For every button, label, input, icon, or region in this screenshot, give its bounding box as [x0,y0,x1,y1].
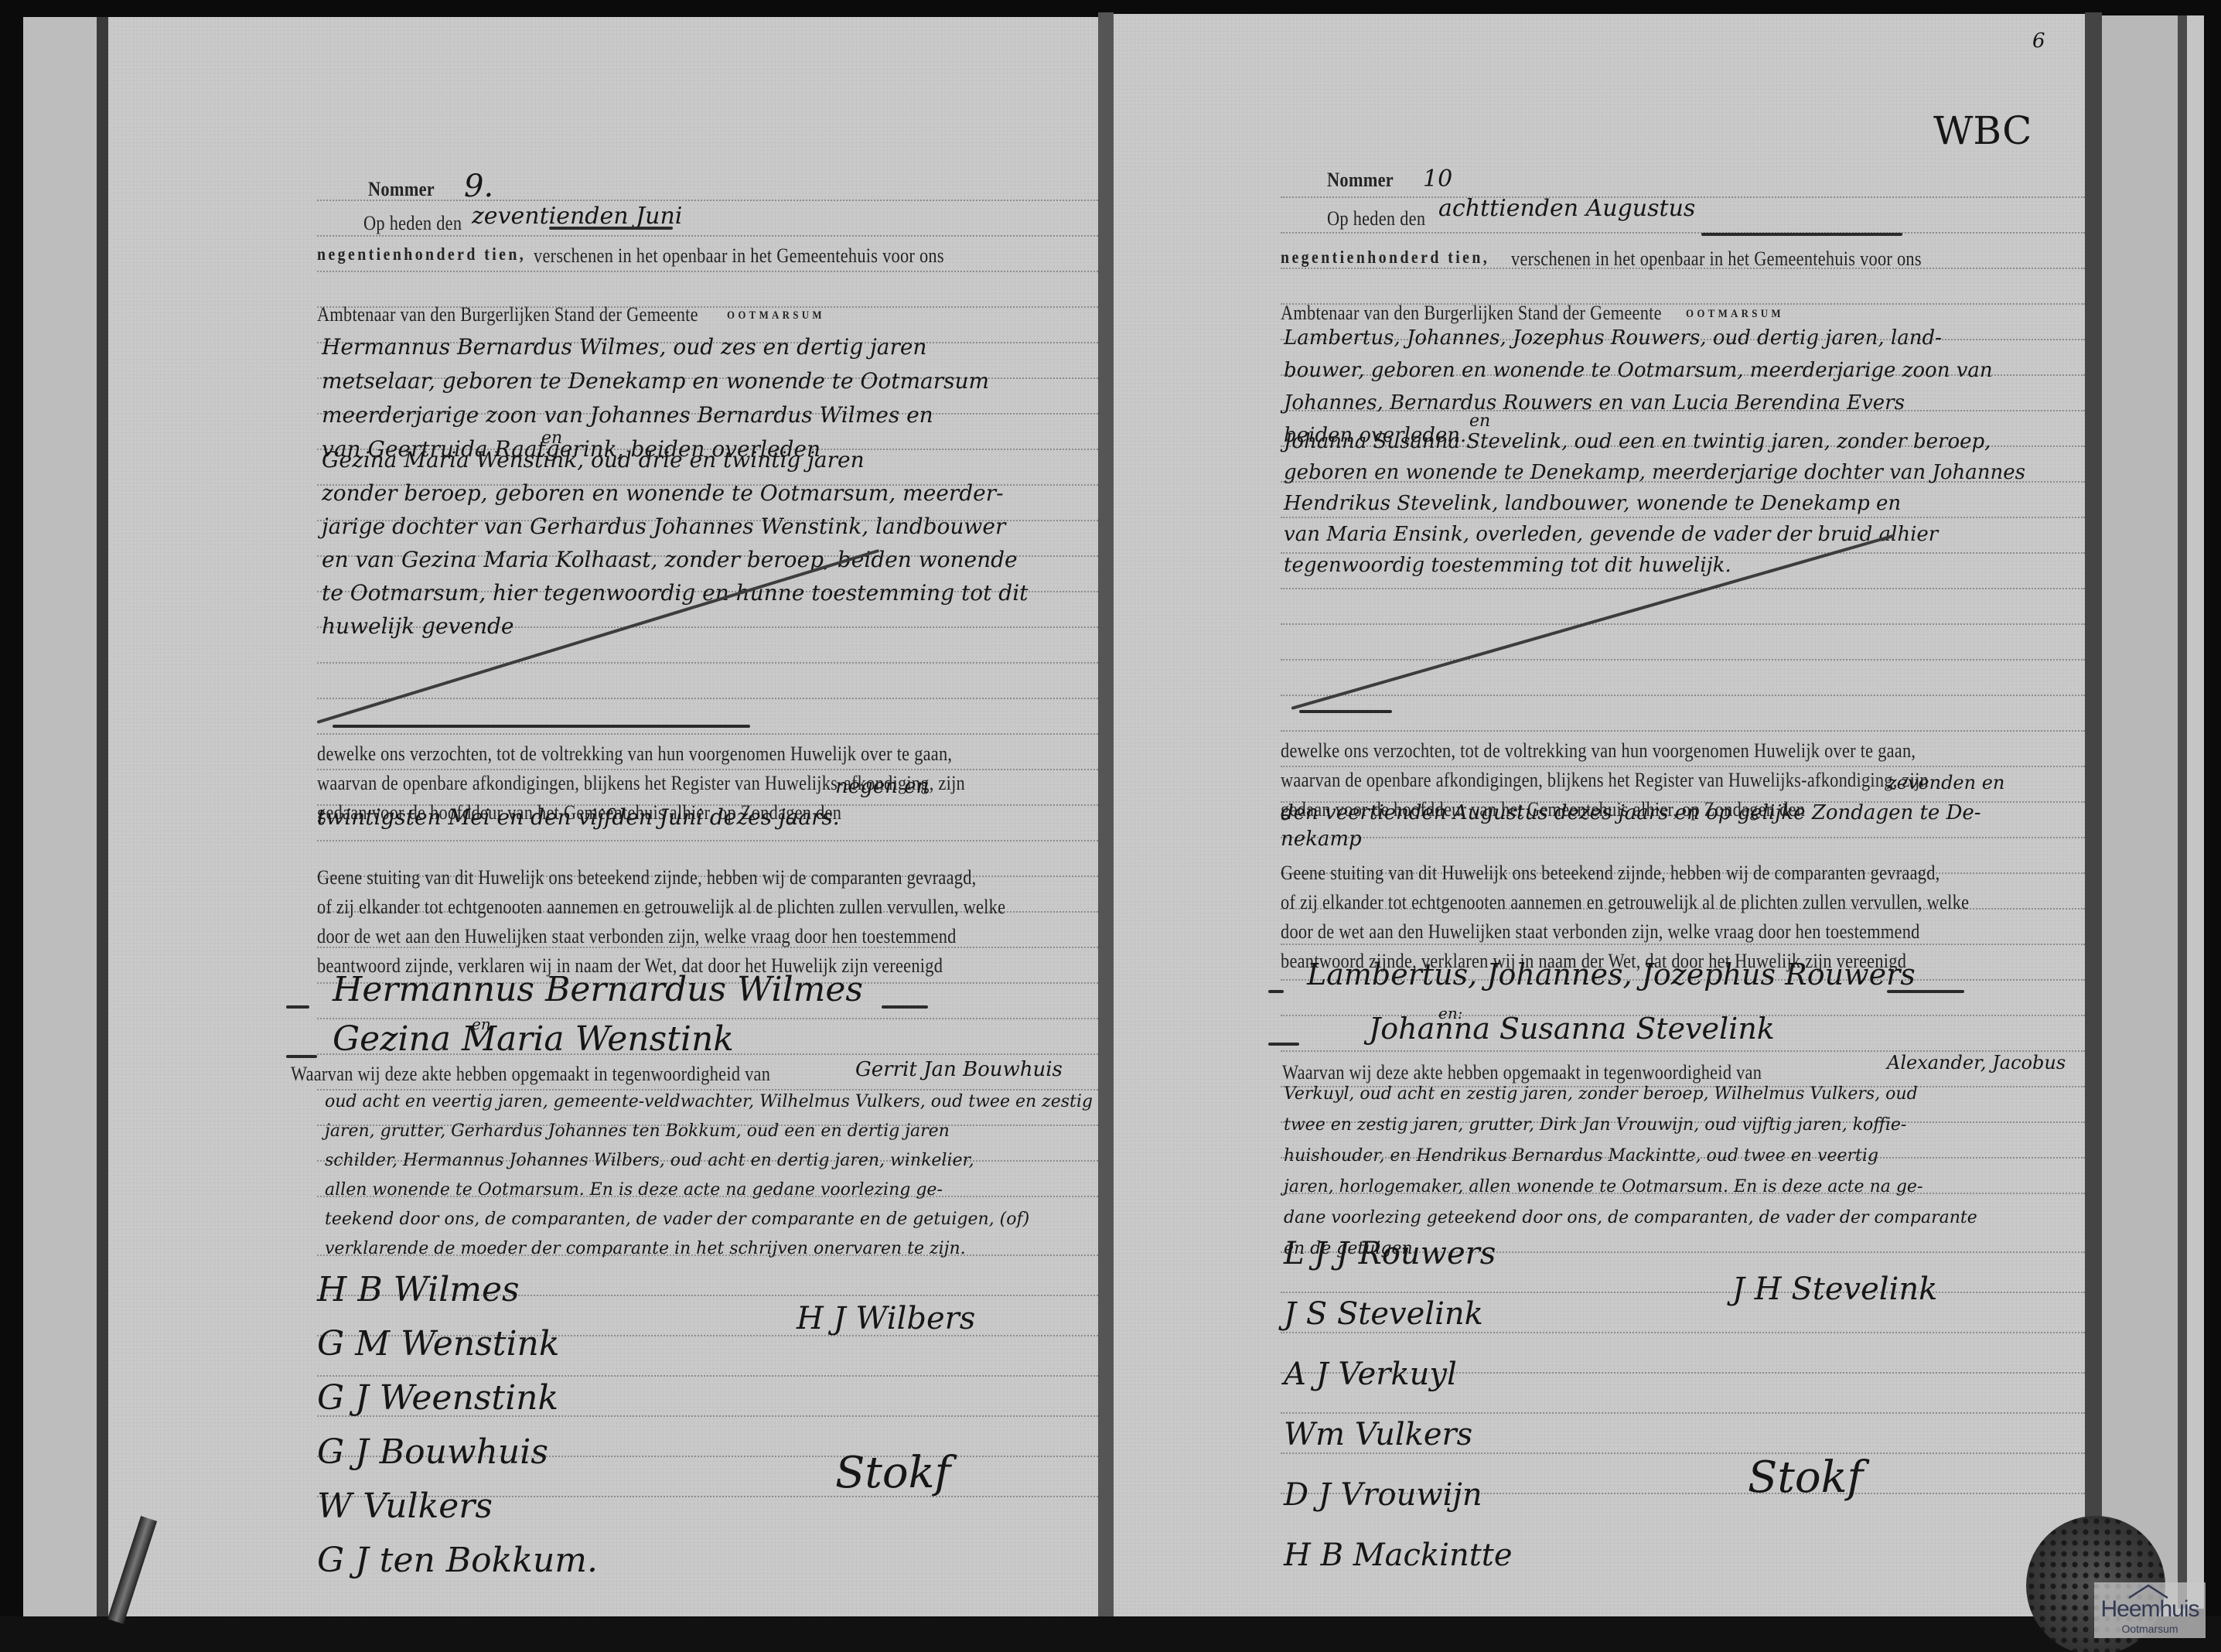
fill-dash [1268,1043,1299,1046]
left-page-edge [23,17,108,1618]
bride-details-line: zonder beroep, geboren en wonende te Oot… [322,480,1004,506]
zondagen-hand-2: twintigsten Mei en den vijfden Juni deze… [317,804,840,830]
strike-horizontal [1299,710,1392,713]
ruled-line [1281,623,2085,625]
printed-text-line: Geene stuiting van dit Huwelijk ons bete… [1281,862,1940,885]
ruled-line [1281,1332,2085,1333]
witness-details-line: teekend door ons, de comparanten, de vad… [325,1210,1029,1229]
witness-first: Gerrit Jan Bouwhuis [855,1058,1063,1081]
groom-details-line: meerderjarige zoon van Johannes Bernardu… [322,402,933,428]
bride-details-line: te Ootmarsum, hier tegenwoordig en hunne… [322,580,1028,606]
book-bottom-edge [0,1616,2221,1652]
groom-details-line: metselaar, geboren te Denekamp en wonend… [322,368,989,394]
zondagen-hand-3: nekamp [1281,828,1362,851]
marriage-date: achttienden Augustus [1438,195,1695,222]
ruled-line [1281,1292,2085,1293]
signature: J S Stevelink [1284,1296,1483,1332]
witness-details-line: verklarende de moeder der comparante in … [325,1239,966,1258]
fill-dash [286,1055,317,1058]
nommer-value: 9. [464,169,493,204]
nommer-value: 10 [1423,166,1452,193]
watermark-title: Heemhuis [2094,1596,2206,1623]
year-label: negentienhonderd tien, [1281,247,1489,268]
bride-details-line: jarige dochter van Gerhardus Johannes We… [322,514,1005,539]
official-signature: Stokf [835,1448,950,1498]
right-page-edge [2187,15,2204,1609]
printed-text-line: Geene stuiting van dit Huwelijk ons bete… [317,866,977,889]
ruled-line [317,235,1160,237]
ruled-line [317,200,1160,201]
en-mark: en [1469,411,1490,431]
page-number: 6 [2032,29,2045,53]
year-label: negentienhonderd tien, [317,244,526,265]
watermark-subtitle: Ootmarsum [2094,1623,2206,1635]
ruled-line [1281,517,2085,518]
waarvan-text: Waarvan wij deze akte hebben opgemaakt i… [291,1063,770,1086]
ruled-line [317,769,1160,770]
right-page-stack [2102,15,2189,1616]
bride-details-line: geboren en wonende te Denekamp, meerderj… [1284,461,2025,484]
printed-text-line: dewelke ons verzochten, tot de voltrekki… [1281,739,1916,763]
signature: G M Wenstink [317,1324,560,1364]
witness-first: Alexander, Jacobus [1887,1052,2066,1073]
gemeente-name: OOTMARSUM [727,309,825,323]
united-bride: Johanna Susanna Stevelink [1369,1012,1775,1046]
witness-details-line: dane voorlezing geteekend door ons, de c… [1284,1208,1977,1227]
verschenen-text: verschenen in het openbaar in het Gemeen… [534,244,944,268]
witness-signature-right: J H Stevelink [1732,1271,1937,1307]
fill-dash [882,1005,928,1009]
zondagen-hand-2: den veertienden Augustus dezes jaars en … [1281,801,1981,824]
ruled-line [1281,730,2085,732]
ruled-line [1281,944,2085,945]
witness-signature-right: H J Wilbers [797,1301,975,1336]
ruled-line [317,840,1160,841]
ambtenaar-text: Ambtenaar van den Burgerlijken Stand der… [317,303,698,326]
ruled-line [1281,695,2085,696]
marriage-date: zeventienden Juni [472,203,682,230]
fill-dash [1268,990,1284,993]
ruled-line [317,662,1160,664]
right-binding-bar-2 [2178,15,2187,1609]
nommer-label: Nommer [368,178,435,201]
witness-details-line: huishouder, en Hendrikus Bernardus Macki… [1284,1146,1878,1166]
left-binding-bar [97,17,109,1618]
right-register-page: 6 WBC Nommer 10 Op heden den achttienden… [1114,14,2096,1618]
signature: H B Mackintte [1284,1538,1513,1573]
ruled-line [317,698,1160,699]
witness-details-line: oud acht en veertig jaren, gemeente-veld… [325,1092,1093,1111]
printed-text-line: door de wet aan den Huwelijken staat ver… [317,925,957,948]
witness-details-line: schilder, Hermannus Johannes Wilbers, ou… [325,1151,974,1170]
printed-text-line: of zij elkander tot echtgenooten aanneme… [1281,891,1969,914]
waarvan-text: Waarvan wij deze akte hebben opgemaakt i… [1282,1061,1762,1084]
nommer-label: Nommer [1327,169,1394,192]
ruled-line [317,271,1160,272]
united-bride: Gezina Maria Wenstink [333,1019,734,1059]
witness-details-line: allen wonende te Ootmarsum. En is deze a… [325,1180,943,1200]
groom-details-line: Johannes, Bernardus Rouwers en van Lucia… [1284,391,1905,415]
ruled-line [1281,837,2085,838]
signature: Wm Vulkers [1284,1417,1472,1452]
op-heden-label: Op heden den [1327,207,1425,230]
signature: G J ten Bokkum. [317,1541,598,1580]
signature: W Vulkers [317,1486,493,1526]
printed-text-line: waarvan de openbare afkondigingen, blijk… [1281,769,1929,792]
strike-horizontal [333,725,750,728]
fill-dash [1701,233,1902,236]
ruled-line [1281,1452,2085,1454]
bride-details-line: Hendrikus Stevelink, landbouwer, wonende… [1284,492,1901,515]
ruled-line [317,1375,1160,1377]
bride-details-line: tegenwoordig toestemming tot dit huwelij… [1284,554,1731,577]
signature: A J Verkuyl [1284,1357,1457,1392]
bride-details-line: Johanna Susanna Stevelink, oud een en tw… [1284,430,1991,453]
printed-text-line: door de wet aan den Huwelijken staat ver… [1281,920,1920,944]
ruled-line [317,733,1160,735]
verschenen-text: verschenen in het openbaar in het Gemeen… [1511,247,1922,271]
signature: L J J Rouwers [1284,1236,1496,1271]
ruled-line [1281,659,2085,660]
ruled-line [1281,766,2085,767]
fill-dash [1887,990,1964,993]
right-binding-bar [2085,12,2102,1613]
witness-details-line: twee en zestig jaren, grutter, Dirk Jan … [1284,1115,1906,1135]
bride-details-line: van Maria Ensink, overleden, gevende de … [1284,523,1938,546]
corner-initials: WBC [1933,108,2032,153]
ruled-line [1281,1412,2085,1414]
zondagen-hand-1: negen en [835,775,929,798]
zondagen-hand-1: zevenden en [1887,772,2004,794]
fill-dash [549,227,673,230]
united-groom: Lambertus, Johannes, Jozephus Rouwers [1307,957,1916,992]
ruled-line [317,1089,1160,1091]
left-register-page: Nommer 9. Op heden den zeventienden Juni… [108,17,1106,1618]
gemeente-name: OOTMARSUM [1686,308,1784,321]
united-groom: Hermannus Bernardus Wilmes [333,970,863,1009]
fill-dash [286,1005,309,1009]
printed-text-line: of zij elkander tot echtgenooten aanneme… [317,896,1005,919]
witness-details-line: jaren, horlogemaker, allen wonende te Oo… [1284,1177,1922,1196]
groom-details-line: Hermannus Bernardus Wilmes, oud zes en d… [322,334,926,360]
witness-details-line: jaren, grutter, Gerhardus Johannes ten B… [325,1121,950,1141]
signature: D J Vrouwijn [1284,1477,1482,1513]
bride-details-line: huwelijk gevende [322,613,513,639]
ruled-line [1281,588,2085,589]
ambtenaar-text: Ambtenaar van den Burgerlijken Stand der… [1281,302,1662,325]
heemhuis-watermark: Heemhuis Ootmarsum [2094,1582,2206,1638]
groom-details-line: bouwer, geboren en wonende te Ootmarsum,… [1284,359,1993,382]
signature: H B Wilmes [317,1270,520,1309]
bride-details-line: Gezina Maria Wenstink, oud drie en twint… [322,447,865,473]
book-gutter [1098,12,1114,1621]
witness-details-line: Verkuyl, oud acht en zestig jaren, zonde… [1284,1084,1918,1104]
official-signature: Stokf [1748,1452,1863,1503]
en-mark: en [541,428,562,448]
signature: G J Bouwhuis [317,1432,548,1472]
bride-details-line: en van Gezina Maria Kolhaast, zonder ber… [322,547,1018,572]
ruled-line [1281,232,2085,234]
op-heden-label: Op heden den [363,212,462,235]
printed-text-line: dewelke ons verzochten, tot de voltrekki… [317,742,952,766]
groom-details-line: Lambertus, Johannes, Jozephus Rouwers, o… [1284,326,1942,350]
signature: G J Weenstink [317,1378,558,1418]
